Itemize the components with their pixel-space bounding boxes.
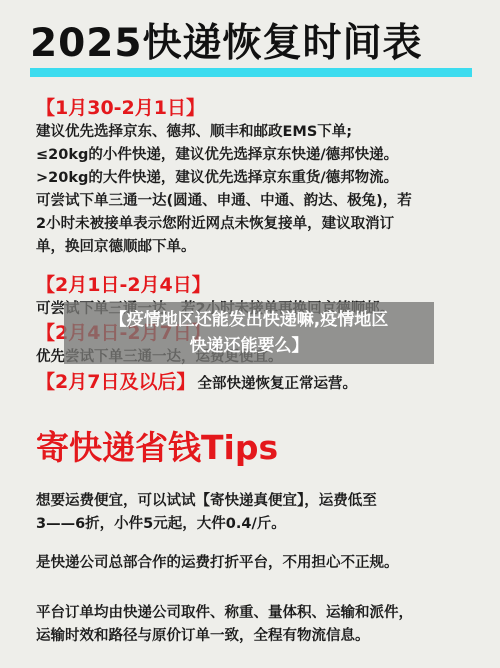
section-line: 单，换回京德顺邮下单。	[36, 236, 412, 259]
tips-title: 寄快递省钱Tips	[36, 428, 278, 468]
section-line: 2小时未被接单表示您附近网点未恢复接单，建议取消订	[36, 213, 412, 236]
tips-line: 想要运费便宜，可以试试【寄快递真便宜】，运费低至	[36, 490, 377, 513]
tips-line: 3——6折，小件5元起，大件0.4/斤。	[36, 513, 377, 536]
section-heading: 【1月30-2月1日】	[36, 96, 412, 121]
section-feb7-onward: 【2月7日及以后】 全部快递恢复正常运营。	[36, 370, 357, 396]
caption-line-1: 【疫情地区还能发出快递嘛,疫情地区	[64, 307, 434, 333]
caption-overlay: 【疫情地区还能发出快递嘛,疫情地区 快递还能要么】	[64, 302, 434, 364]
section-line: 建议优先选择京东、德邦、顺丰和邮政EMS下单;	[36, 121, 412, 144]
tips-paragraph-3: 平台订单均由快递公司取件、称重、量体积、运输和派件， 运输时效和路径与原价订单一…	[36, 602, 413, 648]
section-heading: 【2月1日-2月4日】	[36, 273, 394, 298]
poster-image: 2025快递恢复时间表 【1月30-2月1日】 建议优先选择京东、德邦、顺丰和邮…	[0, 0, 500, 668]
tips-line: 运输时效和路径与原价订单一致，全程有物流信息。	[36, 625, 413, 648]
section-line: >20kg的大件快递，建议优先选择京东重货/德邦物流。	[36, 167, 412, 190]
tips-line: 平台订单均由快递公司取件、称重、量体积、运输和派件，	[36, 602, 413, 625]
section-row: 【2月7日及以后】 全部快递恢复正常运营。	[36, 370, 357, 396]
section-heading: 【2月7日及以后】	[36, 370, 195, 395]
tips-paragraph-2: 是快递公司总部合作的运费打折平台，不用担心不正规。	[36, 552, 399, 575]
section-jan30-feb1: 【1月30-2月1日】 建议优先选择京东、德邦、顺丰和邮政EMS下单; ≤20k…	[36, 96, 412, 259]
section-line: 可尝试下单三通一达(圆通、申通、中通、韵达、极兔)，若	[36, 190, 412, 213]
section-inline-text: 全部快递恢复正常运营。	[197, 373, 357, 396]
page-title: 2025快递恢复时间表	[30, 20, 423, 68]
tips-line: 是快递公司总部合作的运费打折平台，不用担心不正规。	[36, 552, 399, 575]
tips-paragraph-1: 想要运费便宜，可以试试【寄快递真便宜】，运费低至 3——6折，小件5元起，大件0…	[36, 490, 377, 536]
section-line: ≤20kg的小件快递，建议优先选择京东快递/德邦快递。	[36, 144, 412, 167]
caption-line-2: 快递还能要么】	[64, 333, 434, 359]
title-underline	[30, 68, 472, 77]
